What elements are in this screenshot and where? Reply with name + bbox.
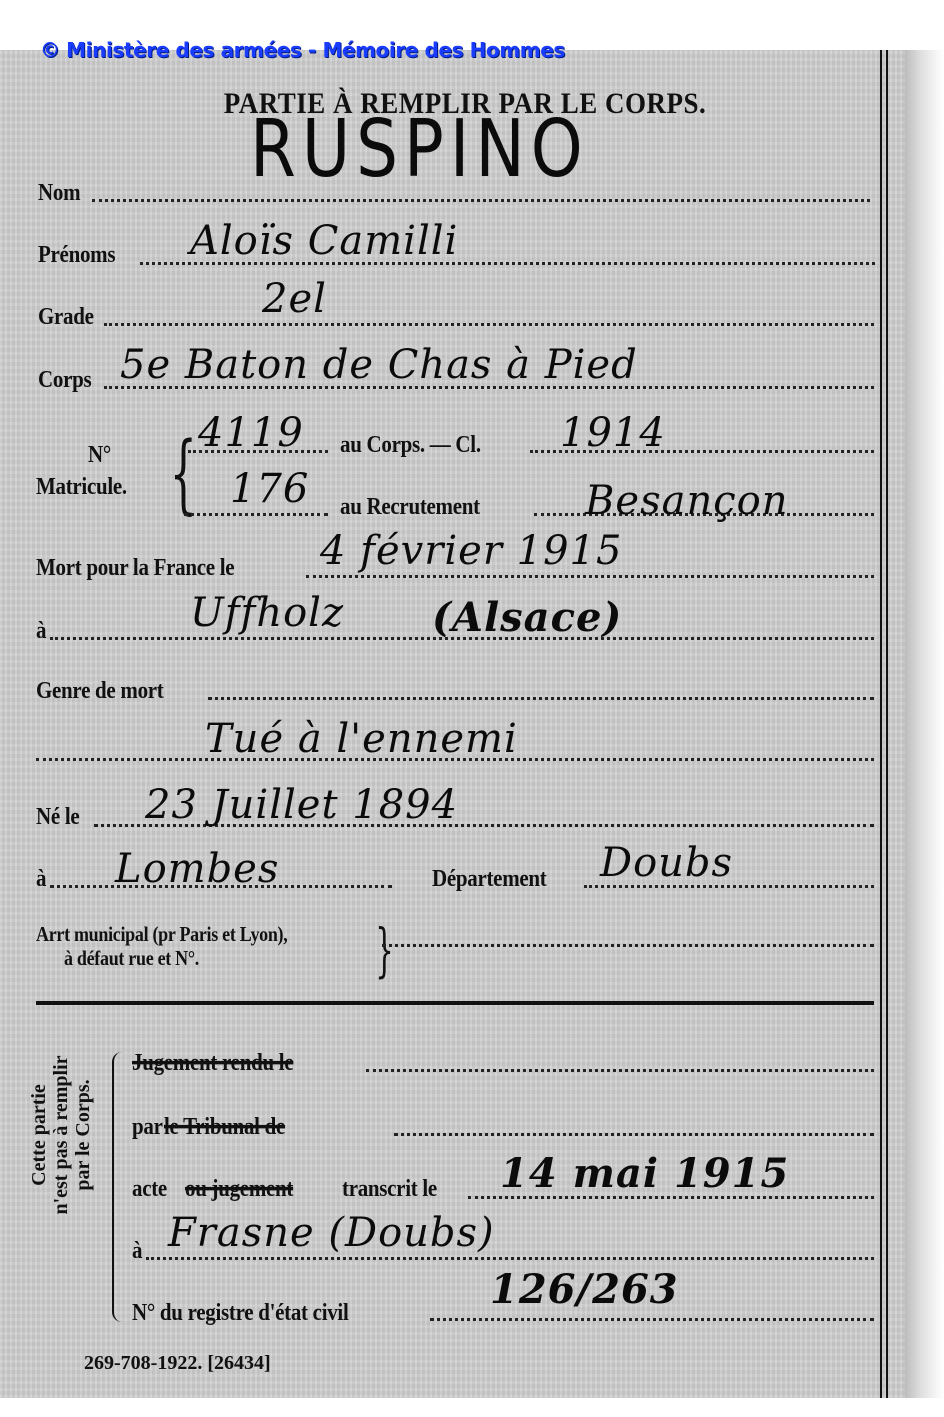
acte-struck-label: ou jugement [185,1174,293,1203]
nom-label: Nom [38,178,80,207]
mort-le-label: Mort pour la France le [36,553,234,582]
transcrit-label: transcrit le [342,1174,437,1203]
tribunal-dotted-line [394,1133,874,1136]
copyright-watermark: © Ministère des armées - Mémoire des Hom… [40,38,565,62]
corps-label: Corps [38,365,91,394]
mort-a-region: (Alsace) [432,594,622,641]
arrondissement-dotted-line [382,944,874,947]
arrondissement-brace: } [375,916,393,984]
grade-dotted-line [104,323,874,326]
nom-dotted-line [92,199,870,202]
ne-le-value: 23 Juillet 1894 [145,782,458,828]
grade-value: 2el [262,276,327,322]
mort-le-value: 4 février 1915 [320,528,622,574]
prenoms-value: Aloïs Camilli [190,218,458,264]
classe-value: 1914 [560,410,666,456]
transcrit-value: 14 mai 1915 [500,1150,789,1197]
registre-dotted-line [430,1318,874,1321]
tribunal-prefix: par [132,1112,163,1141]
scan-edge [905,50,944,1398]
jugement-label: Jugement rendu le [132,1048,293,1077]
arrondissement-label-line1: Arrt municipal (pr Paris et Lyon), [36,923,287,947]
prenoms-label: Prénoms [38,240,115,269]
lieu-label: à [132,1236,142,1265]
departement-label: Département [432,864,547,893]
ne-le-label: Né le [36,802,79,831]
margin-rule-outer [886,50,888,1398]
matricule-no-label: N° [88,440,111,469]
side-note-line1: Cette partie [28,1030,50,1240]
lieu-dotted-line [146,1257,874,1260]
lieu-value: Frasne (Doubs) [168,1210,495,1256]
tribunal-struck-label: le Tribunal de [164,1112,285,1141]
matricule-recrutement-value: 176 [230,466,309,512]
genre-de-mort-dotted-line [208,697,874,700]
registre-value: 126/263 [490,1266,679,1313]
lower-section-brace [112,1052,122,1322]
side-note-line2: n'est pas à remplir [50,1030,72,1240]
margin-rule-inner [880,50,882,1398]
registre-label: N° du registre d'état civil [132,1298,349,1327]
au-recrutement-label: au Recrutement [340,492,480,521]
departement-value: Doubs [600,840,733,886]
recrutement-number-dotted-line [184,513,328,516]
arrondissement-label-line2: à défaut rue et N°. [64,947,199,971]
grade-label: Grade [38,302,94,331]
jugement-dotted-line [366,1069,874,1072]
recrutement-place-value: Besançon [585,478,788,524]
corps-value: 5e Baton de Chas à Pied [120,342,638,388]
side-note-line3: par le Corps. [72,1030,94,1240]
acte-prefix: acte [132,1174,167,1203]
mort-a-label: à [36,616,46,645]
matricule-corps-value: 4119 [198,410,304,456]
au-corps-label: au Corps. — Cl. [340,430,481,459]
ne-a-label: à [36,864,46,893]
genre-de-mort-label: Genre de mort [36,676,164,705]
ne-a-value: Lombes [115,846,279,892]
mort-a-value: Uffholz [190,590,344,636]
mort-le-dotted-line [306,575,874,578]
side-note: Cette partie n'est pas à remplir par le … [28,1030,94,1240]
form-footer-reference: 269-708-1922. [26434] [84,1352,271,1375]
genre-de-mort-value: Tué à l'ennemi [205,716,518,762]
section-divider [36,1001,874,1005]
matricule-brace: { [170,424,197,524]
nom-value: RUSPINO [250,103,589,195]
matricule-label: Matricule. [36,472,127,501]
